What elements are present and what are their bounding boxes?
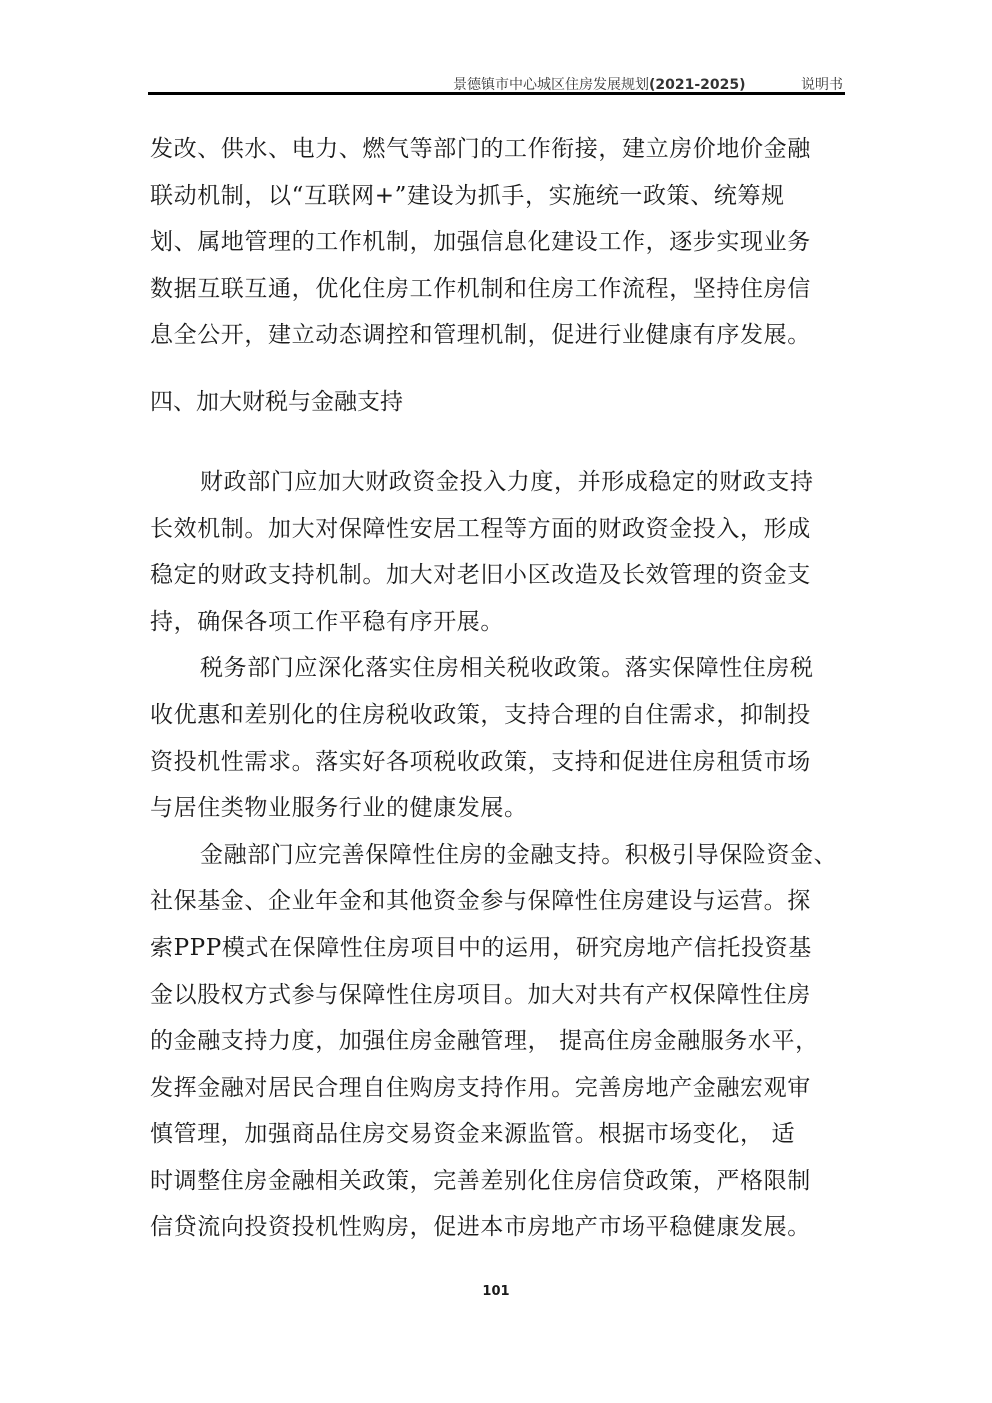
text-line: 索PPP模式在保障性住房项目中的运用，研究房地产信托投资基 [150,925,850,972]
paragraph-tax-dept: 税务部门应深化落实住房相关税收政策。落实保障性住房税 收优惠和差别化的住房税收政… [150,645,850,831]
text-line: 发改、供水、电力、燃气等部门的工作衔接，建立房价地价金融 [150,126,850,173]
text-line: 与居住类物业服务行业的健康发展。 [150,785,850,832]
title-text: 景德镇市中心城区住房发展规划 [453,77,649,93]
text-line: 财政部门应加大财政资金投入力度，并形成稳定的财政支持 [150,459,850,506]
text-line: 信贷流向投资投机性购房，促进本市房地产市场平稳健康发展。 [150,1204,850,1251]
text-line: 持，确保各项工作平稳有序开展。 [150,599,850,646]
text-line: 长效机制。加大对保障性安居工程等方面的财政资金投入，形成 [150,506,850,553]
paragraph-banking-dept: 金融部门应完善保障性住房的金融支持。积极引导保险资金、 社保基金、企业年金和其他… [150,832,850,1251]
text-line: 税务部门应深化落实住房相关税收政策。落实保障性住房税 [150,645,850,692]
text-line: 慎管理，加强商品住房交易资金来源监管。根据市场变化， 适 [150,1111,850,1158]
text-line: 划、属地管理的工作机制，加强信息化建设工作，逐步实现业务 [150,219,850,266]
header-divider [148,92,845,95]
page-header: 景德镇市中心城区住房发展规划(2021-2025) 说明书 [148,70,845,92]
text-line: 金以股权方式参与保障性住房项目。加大对共有产权保障性住房 [150,972,850,1019]
text-line: 社保基金、企业年金和其他资金参与保障性住房建设与运营。探 [150,878,850,925]
text-line: 收优惠和差别化的住房税收政策，支持合理的自住需求，抑制投 [150,692,850,739]
text-line: 发挥金融对居民合理自住购房支持作用。完善房地产金融宏观审 [150,1065,850,1112]
section-heading: 四、加大财税与金融支持 [150,379,850,425]
text-line: 数据互联互通，优化住房工作机制和住房工作流程，坚持住房信 [150,266,850,313]
page-number: 101 [0,1284,992,1299]
title-years: (2021-2025) [649,77,746,93]
document-type-label: 说明书 [801,74,843,94]
text-line: 资投机性需求。落实好各项税收政策，支持和促进住房租赁市场 [150,739,850,786]
paragraph-finance-dept: 财政部门应加大财政资金投入力度，并形成稳定的财政支持 长效机制。加大对保障性安居… [150,459,850,645]
text-line: 的金融支持力度，加强住房金融管理， 提高住房金融服务水平， [150,1018,850,1065]
text-line: 息全公开，建立动态调控和管理机制，促进行业健康有序发展。 [150,312,850,359]
intro-paragraph: 发改、供水、电力、燃气等部门的工作衔接，建立房价地价金融 联动机制，以“互联网+… [150,126,850,359]
document-title: 景德镇市中心城区住房发展规划(2021-2025) [453,74,746,94]
document-body: 发改、供水、电力、燃气等部门的工作衔接，建立房价地价金融 联动机制，以“互联网+… [150,126,850,1251]
text-line: 稳定的财政支持机制。加大对老旧小区改造及长效管理的资金支 [150,552,850,599]
text-line: 时调整住房金融相关政策，完善差别化住房信贷政策，严格限制 [150,1158,850,1205]
text-line: 金融部门应完善保障性住房的金融支持。积极引导保险资金、 [150,832,850,879]
text-line: 联动机制，以“互联网+”建设为抓手，实施统一政策、统筹规 [150,173,850,220]
